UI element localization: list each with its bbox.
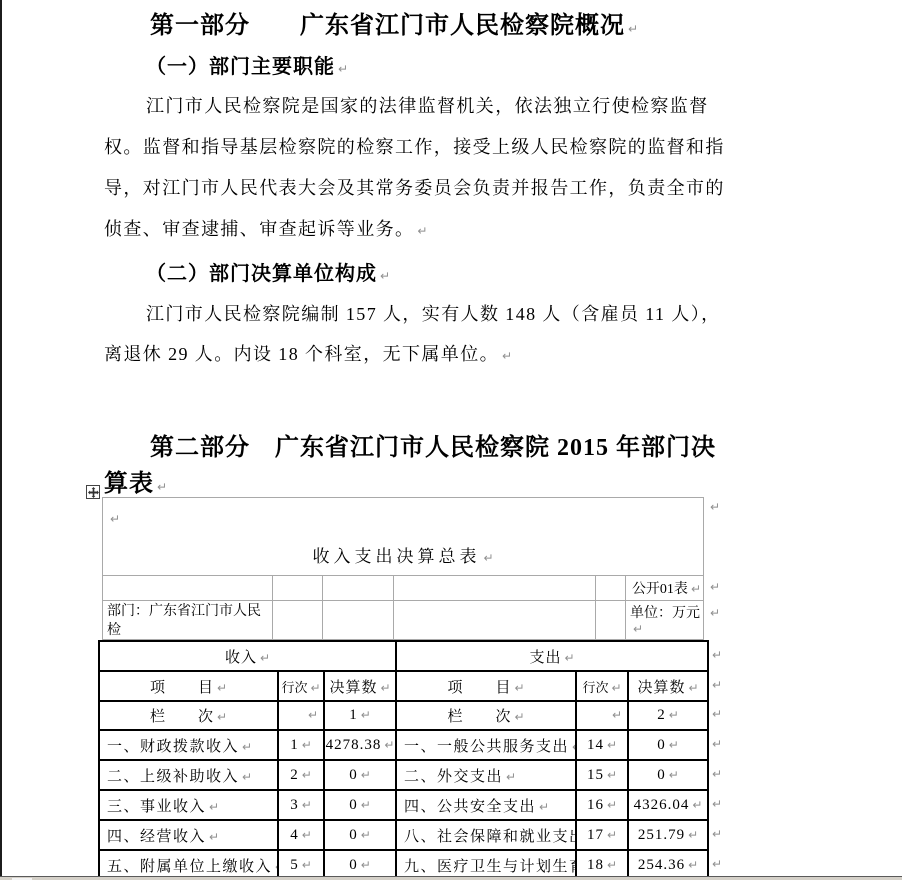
income-item: 四、经营收入 [107,825,219,846]
table-row-cell: 15 [577,761,629,791]
row-end-paragraph-mark: ↵ [712,648,722,662]
income-row-no: 1 [290,737,312,754]
table-row-cell: 一、财政拨款收入 [100,731,279,761]
expense-rowno-header-label: 行次 [582,677,621,696]
expense-amount-header: 决算数 [629,672,709,702]
income-row-no: 5 [290,857,312,874]
table-row-cell: 4 [279,821,325,851]
income-column-label-cell: 栏 次 [100,702,279,731]
department-cell: 部门：广东省江门市人民检 察院 [103,601,273,640]
document-page: 第一部分 广东省江门市人民检察院概况 （一）部门主要职能 江门市人民检察院是国家… [0,0,902,880]
row-end-paragraph-mark: ↵ [712,767,722,781]
expense-rowno-header: 行次 [577,672,629,702]
expense-item: 四、公共安全支出 [404,795,549,816]
empty-cell [273,601,323,640]
row-end-paragraph-mark: ↵ [712,737,722,751]
income-column-no-cell: 1 [325,702,397,731]
income-item-header-label: 项 目 [150,676,227,697]
income-column-no: 1 [349,707,371,724]
para1-line-3: 导，对江门市人民代表大会及其常务委员会负责并报告工作，负责全市的 [104,174,725,200]
empty-cell [273,576,323,601]
income-amount: 0 [349,797,371,814]
table-row-cell: 四、经营收入 [100,821,279,851]
table-row-cell: 2 [279,761,325,791]
para1-line-2: 权。监督和指导基层检察院的检察工作，接受上级人民检察院的监督和指 [104,133,725,159]
income-amount: 0 [349,827,371,844]
expense-item: 九、医疗卫生与计划生育 [404,855,577,876]
para2-line-1: 江门市人民检察院编制 157 人，实有人数 148 人（含雇员 11 人）， [146,300,721,326]
expense-amount: 0 [657,737,679,754]
horizontal-scrollbar[interactable] [0,876,902,880]
table-row-cell: 0 [325,761,397,791]
part1-heading: 第一部分 广东省江门市人民检察院概况 [150,5,638,40]
expense-amount-header-label: 决算数 [637,676,698,697]
expense-row-no: 18 [587,857,617,874]
row-end-paragraph-mark: ↵ [712,678,722,692]
summary-table-header-section: ↵ 收入支出决算总表 公开01表 部门：广东省江门市人民检 察院 单位：万元 [102,497,704,640]
expense-amount: 4326.04 [634,797,703,814]
table-row-cell: 0 [629,761,709,791]
unit-label: 单位：万元 [630,602,703,638]
expense-item-header-label: 项 目 [447,676,524,697]
income-item-header: 项 目 [100,672,279,702]
table-row-cell: 16 [577,791,629,821]
empty-cell [394,601,596,640]
income-section-header: 收入 [100,642,397,672]
income-column-label: 栏 次 [150,705,227,726]
income-amount: 0 [349,767,371,784]
empty-cell [577,702,629,731]
department-line1: 部门：广东省江门市人民检 [107,602,268,640]
table-row-cell: 1 [279,731,325,761]
row-end-paragraph-mark: ↵ [712,707,722,721]
part2-heading-line2: 算表 [104,463,167,498]
table-row-cell: 0 [629,731,709,761]
income-row-no: 4 [290,827,312,844]
income-amount: 0 [349,857,371,874]
para1-line-4: 侦查、审查逮捕、审查起诉等业务。 [104,215,427,241]
expense-item: 八、社会保障和就业支出 [404,825,577,846]
empty-cell [323,576,394,601]
income-item: 一、财政拨款收入 [107,735,252,756]
cell-end-mark [609,707,622,724]
unit-cell: 单位：万元 [626,601,704,640]
table-row-cell: 二、外交支出 [397,761,577,791]
expense-item: 二、外交支出 [404,765,516,786]
table-row-cell: 0 [325,791,397,821]
part1-sub-heading-1: （一）部门主要职能 [146,50,348,79]
expense-row-no: 16 [587,797,617,814]
income-amount: 4278.38 [326,737,395,754]
income-rowno-header: 行次 [279,672,325,702]
expense-section-label: 支出 [529,646,574,667]
table-row-cell: 3 [279,791,325,821]
table-row-cell: 4278.38 [325,731,397,761]
row-end-paragraph-mark: ↵ [710,500,720,514]
table-row-cell: 四、公共安全支出 [397,791,577,821]
row-end-paragraph-mark: ↵ [710,580,720,594]
para2-line-2: 离退休 29 人。内设 18 个科室，无下属单位。 [104,340,512,366]
empty-cell [596,576,626,601]
table-title: 收入支出决算总表 [103,542,703,567]
expense-column-no-cell: 2 [629,702,709,731]
income-amount-header: 决算数 [325,672,397,702]
table-row-cell: 二、上级补助收入 [100,761,279,791]
expense-amount: 254.36 [638,857,698,874]
income-item: 二、上级补助收入 [107,765,252,786]
table-row-cell: 17 [577,821,629,851]
income-amount-header-label: 决算数 [329,676,390,697]
sheet-number-cell: 公开01表 [626,576,704,601]
table-row-cell: 0 [325,821,397,851]
part1-sub-heading-2: （二）部门决算单位构成 [146,257,390,286]
empty-cell [394,576,596,601]
income-expense-table: 收入 支出 项 目 行次 决算数 项 目 行次 决算数 栏 次 1 [98,640,709,880]
sheet-number: 公开01表 [632,578,701,598]
expense-section-header: 支出 [397,642,709,672]
table-row-cell: 14 [577,731,629,761]
expense-row-no: 14 [587,737,617,754]
table-title-cell: ↵ 收入支出决算总表 [103,498,704,576]
expense-column-no: 2 [657,707,679,724]
empty-cell [323,601,394,640]
table-row-cell: 一、一般公共服务支出 [397,731,577,761]
income-section-label: 收入 [225,646,270,667]
cell-end-mark [305,707,318,724]
row-end-paragraph-mark: ↵ [712,797,722,811]
empty-paragraph-mark: ↵ [110,512,120,526]
income-item: 三、事业收入 [107,795,219,816]
table-row-cell: 三、事业收入 [100,791,279,821]
table-row-cell: 4326.04 [629,791,709,821]
empty-cell [279,702,325,731]
empty-cell [103,576,273,601]
table-move-handle-icon[interactable] [86,485,100,499]
expense-amount: 251.79 [638,827,698,844]
four-way-arrow-icon [88,487,99,498]
row-end-paragraph-mark: ↵ [712,827,722,841]
income-item: 五、附属单位上缴收入 [107,855,279,876]
expense-column-label: 栏 次 [447,705,524,726]
table-row-cell: 八、社会保障和就业支出 [397,821,577,851]
page-left-border [0,0,2,876]
table-row-cell: 251.79 [629,821,709,851]
income-row-no: 3 [290,797,312,814]
row-end-paragraph-mark: ↵ [710,606,720,620]
expense-item: 一、一般公共服务支出 [404,735,577,756]
income-row-no: 2 [290,767,312,784]
expense-row-no: 15 [587,767,617,784]
expense-amount: 0 [657,767,679,784]
empty-cell [596,601,626,640]
para1-line-1: 江门市人民检察院是国家的法律监督机关，依法独立行使检察监督 [146,92,709,118]
row-end-paragraph-mark: ↵ [712,857,722,871]
expense-item-header: 项 目 [397,672,577,702]
expense-column-label-cell: 栏 次 [397,702,577,731]
part2-heading-line1: 第二部分 广东省江门市人民检察院 2015 年部门决 [150,427,716,462]
expense-row-no: 17 [587,827,617,844]
income-rowno-header-label: 行次 [281,677,320,696]
